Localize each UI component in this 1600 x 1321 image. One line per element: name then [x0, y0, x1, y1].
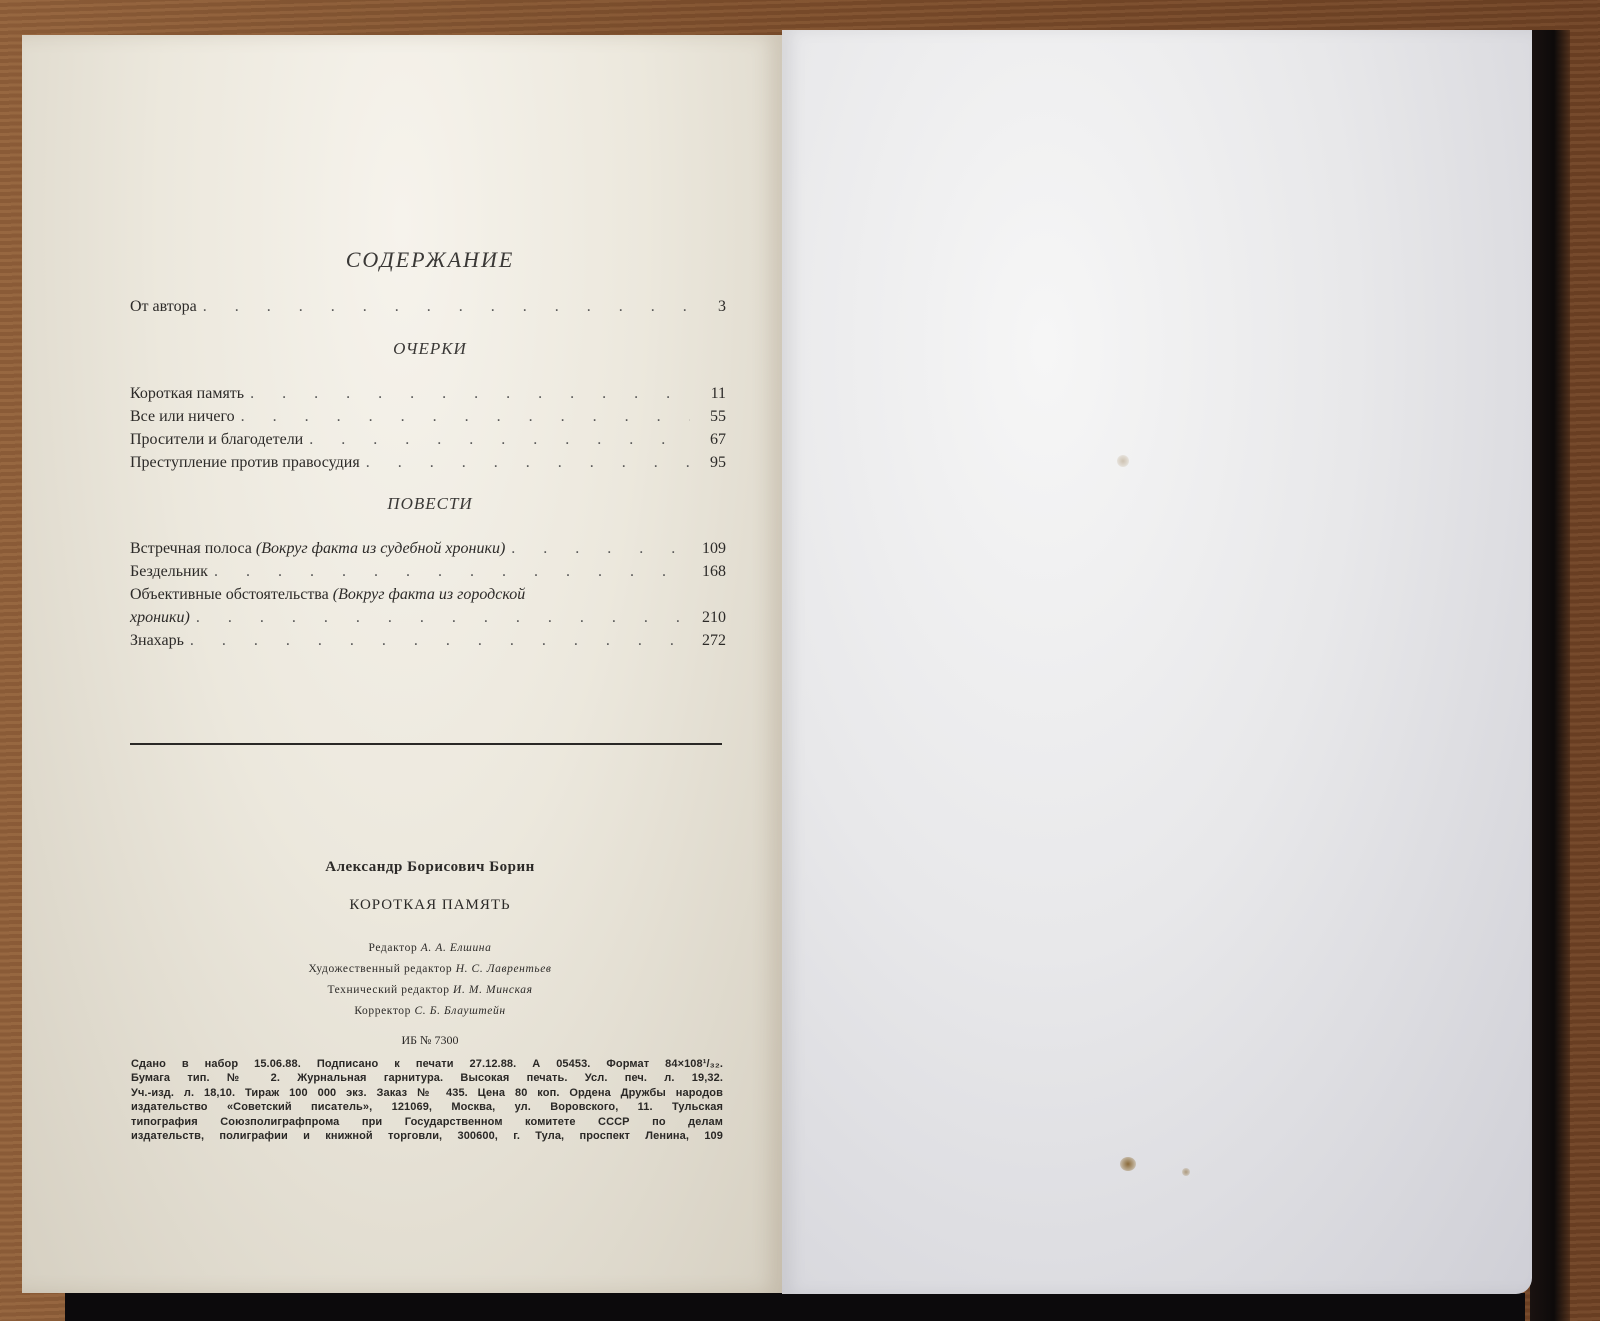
paper-stain — [1117, 455, 1129, 467]
toc-leader-dots: . . . . . . . . . . . . . . . . . . . . … — [250, 383, 690, 405]
toc-leader-dots: . . . . . . . . . . . . . . . . . . . . … — [511, 538, 690, 560]
toc-entry-title: Все или ничего — [130, 406, 235, 428]
toc-entry-title: Короткая память — [130, 383, 244, 405]
toc-entry[interactable]: Все или ничего . . . . . . . . . . . . .… — [130, 406, 726, 428]
credit-art-editor: Художественный редактор Н. С. Лаврентьев — [0, 963, 860, 975]
imprint-line: издательств, полиграфии и книжной торгов… — [131, 1129, 723, 1143]
credit-name: Н. С. Лаврентьев — [456, 963, 552, 975]
right-page-blank — [782, 30, 1532, 1294]
credit-proofreader: Корректор С. Б. Блауштейн — [0, 1005, 860, 1017]
toc-leader-dots: . . . . . . . . . . . . . . . . . . . . … — [203, 296, 690, 318]
title-main: Объективные обстоятельства — [130, 586, 329, 603]
horizontal-rule — [130, 743, 722, 745]
imprint-block: Сдано в набор 15.06.88. Подписано к печа… — [131, 1057, 723, 1143]
credit-role: Художественный редактор — [308, 963, 452, 975]
toc-entry-title: Просители и благодетели — [130, 429, 303, 451]
left-page: СОДЕРЖАНИЕ От автора . . . . . . . . . .… — [22, 35, 782, 1293]
credit-role: Технический редактор — [327, 984, 449, 996]
toc-entry-page: 95 — [696, 452, 726, 474]
toc-entry[interactable]: Просители и благодетели . . . . . . . . … — [130, 429, 726, 451]
toc-leader-dots: . . . . . . . . . . . . . . . . . . . . … — [309, 429, 690, 451]
toc-entry[interactable]: Бездельник . . . . . . . . . . . . . . .… — [130, 561, 726, 583]
imprint-line: Бумага тип. № 2. Журнальная гарнитура. В… — [131, 1071, 723, 1085]
toc-title: СОДЕРЖАНИЕ — [0, 247, 860, 273]
page-content: СОДЕРЖАНИЕ От автора . . . . . . . . . .… — [0, 0, 860, 1321]
section-heading-ocherki: ОЧЕРКИ — [0, 339, 860, 359]
toc-leader-dots: . . . . . . . . . . . . . . . . . . . . … — [366, 452, 690, 474]
credit-name: А. А. Елшина — [421, 942, 492, 954]
ib-number: ИБ № 7300 — [0, 1033, 860, 1048]
toc-leader-dots: . . . . . . . . . . . . . . . . . . . . … — [190, 630, 690, 652]
toc-entry-title: Бездельник — [130, 561, 208, 583]
toc-entry-title: хроники) — [130, 607, 190, 629]
toc-entry-title: Объективные обстоятельства (Вокруг факта… — [130, 584, 525, 606]
toc-entry-line1[interactable]: Объективные обстоятельства (Вокруг факта… — [130, 584, 670, 606]
toc-leader-dots: . . . . . . . . . . . . . . . . . . . . … — [214, 561, 690, 583]
title-subtitle: хроники) — [130, 609, 190, 626]
title-subtitle: (Вокруг факта из судебной хроники) — [256, 540, 505, 557]
toc-entry-title: Встречная полоса (Вокруг факта из судебн… — [130, 538, 505, 560]
toc-entry-intro[interactable]: От автора . . . . . . . . . . . . . . . … — [130, 296, 726, 318]
credit-editor: Редактор А. А. Елшина — [0, 942, 860, 954]
title-main: Встречная полоса — [130, 540, 252, 557]
toc-entry-page: 67 — [696, 429, 726, 451]
colophon-book-title: КОРОТКАЯ ПАМЯТЬ — [0, 897, 860, 914]
toc-entry[interactable]: Встречная полоса (Вокруг факта из судебн… — [130, 538, 726, 560]
imprint-line: издательство «Советский писатель», 12106… — [131, 1100, 723, 1114]
imprint-line: Уч.-изд. л. 18,10. Тираж 100 000 экз. За… — [131, 1086, 723, 1100]
credit-name: С. Б. Блауштейн — [415, 1005, 506, 1017]
title-subtitle: (Вокруг факта из городской — [333, 586, 525, 603]
toc-leader-dots: . . . . . . . . . . . . . . . . . . . . … — [196, 607, 690, 629]
toc-entry-title: От автора — [130, 296, 197, 318]
paper-stain — [1182, 1168, 1190, 1176]
book-edge-shadow — [1530, 30, 1570, 1321]
toc-entry-title: Знахарь — [130, 630, 184, 652]
colophon-author: Александр Борисович Борин — [0, 859, 860, 876]
credit-role: Корректор — [354, 1005, 411, 1017]
toc-entry-page: 3 — [696, 296, 726, 318]
toc-entry[interactable]: Преступление против правосудия . . . . .… — [130, 452, 726, 474]
imprint-line: типография Союзполиграфпрома при Государ… — [131, 1115, 723, 1129]
toc-entry-page: 55 — [696, 406, 726, 428]
paper-stain — [1120, 1157, 1136, 1171]
toc-entry-title: Преступление против правосудия — [130, 452, 360, 474]
credit-tech-editor: Технический редактор И. М. Минская — [0, 984, 860, 996]
toc-entry[interactable]: Короткая память . . . . . . . . . . . . … — [130, 383, 726, 405]
toc-entry-page: 272 — [696, 630, 726, 652]
toc-entry-page: 109 — [696, 538, 726, 560]
toc-entry-page: 168 — [696, 561, 726, 583]
credit-name: И. М. Минская — [453, 984, 533, 996]
section-heading-povesti: ПОВЕСТИ — [0, 494, 860, 514]
toc-entry[interactable]: Знахарь . . . . . . . . . . . . . . . . … — [130, 630, 726, 652]
toc-entry-page: 11 — [696, 383, 726, 405]
imprint-line: Сдано в набор 15.06.88. Подписано к печа… — [131, 1057, 723, 1071]
toc-leader-dots: . . . . . . . . . . . . . . . . . . . . … — [241, 406, 690, 428]
toc-entry-page: 210 — [696, 607, 726, 629]
credit-role: Редактор — [369, 942, 418, 954]
toc-entry-line2[interactable]: хроники) . . . . . . . . . . . . . . . .… — [130, 607, 726, 629]
